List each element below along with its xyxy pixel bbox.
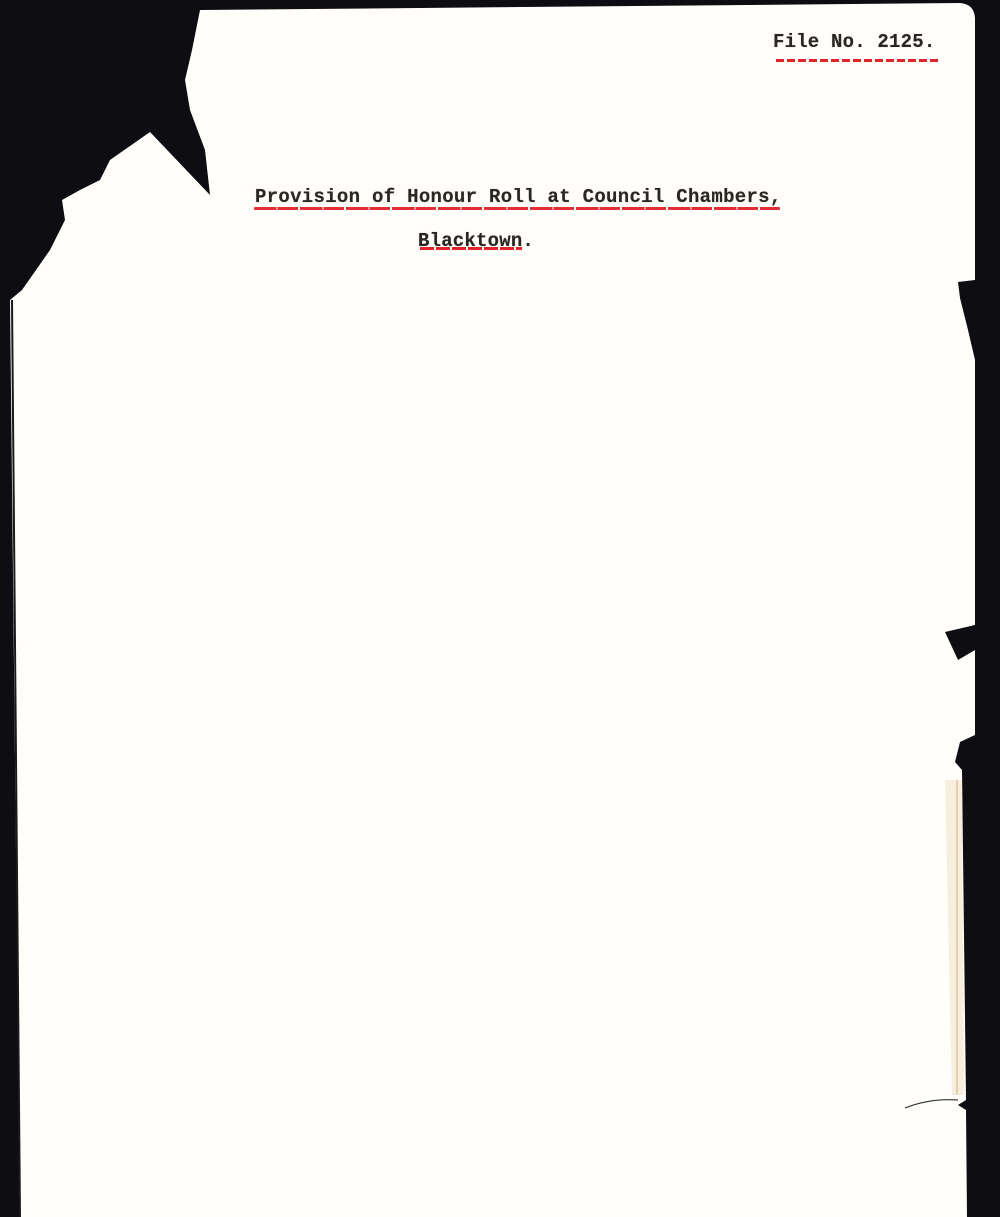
file-number: File No. 2125. [773, 31, 935, 53]
document-title-line-1-underline [254, 207, 780, 210]
document-title-line-1: Provision of Honour Roll at Council Cham… [255, 186, 782, 208]
paper-sheet-with-torn-edges [0, 0, 1000, 1217]
scanned-document-page: File No. 2125. Provision of Honour Roll … [0, 0, 1000, 1217]
document-title-line-2-underline [420, 247, 522, 250]
file-number-underline [776, 59, 939, 62]
